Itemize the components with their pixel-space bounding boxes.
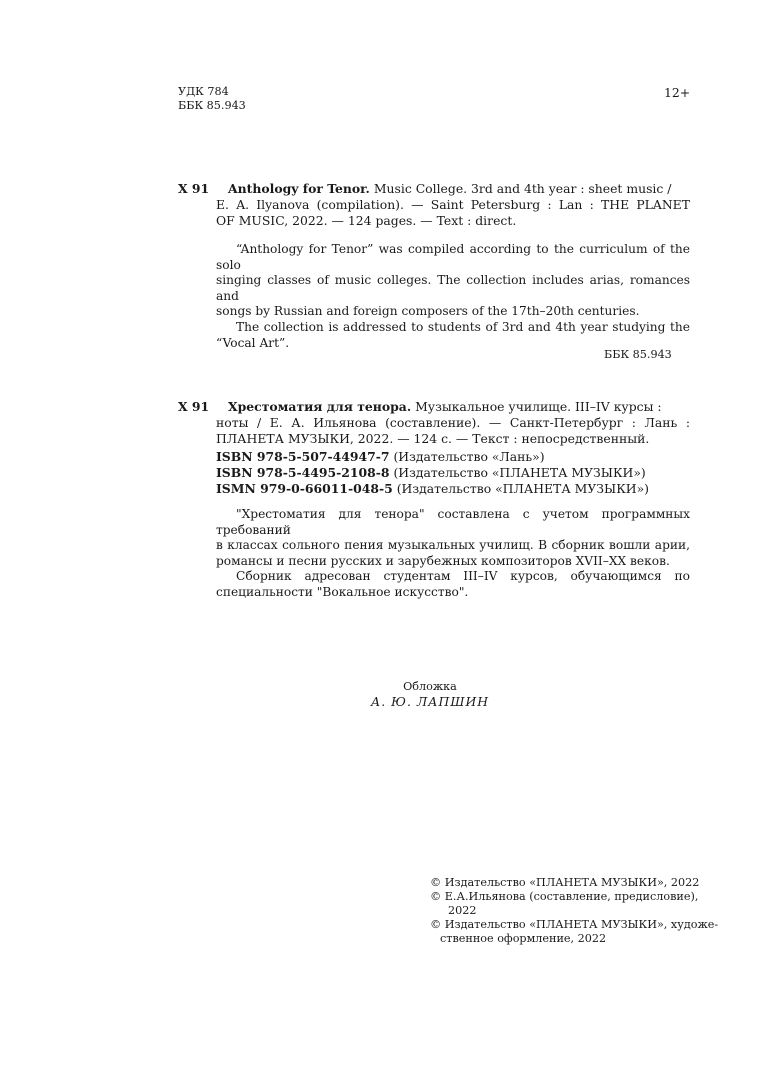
abstract-line: “Anthology for Tenor” was compiled accor… — [216, 242, 690, 273]
russian-entry-line2: ноты / Е. А. Ильянова (составление). — С… — [216, 415, 690, 431]
english-entry-line3: OF MUSIC, 2022. — 124 pages. — Text : di… — [216, 213, 516, 229]
russian-entry-title: Хрестоматия для тенора. — [228, 399, 411, 414]
udk-code: УДК 784 — [178, 85, 229, 99]
abstract-line: романсы и песни русских и зарубежных ком… — [216, 554, 690, 570]
english-entry-line2: E. A. Ilyanova (compilation). — Saint Pe… — [216, 197, 690, 213]
english-entry-title: Anthology for Tenor. — [228, 181, 370, 196]
bbk-code-right: ББК 85.943 — [604, 348, 672, 362]
isbn-lan: ISBN 978-5-507-44947-7 — [216, 449, 390, 464]
russian-entry-line3: ПЛАНЕТА МУЗЫКИ, 2022. — 124 с. — Текст :… — [216, 431, 649, 447]
english-entry-code: X 91 — [178, 181, 209, 197]
identifier-list: ISBN 978-5-507-44947-7 (Издательство «Ла… — [216, 449, 649, 497]
abstract-line: songs by Russian and foreign composers o… — [216, 304, 690, 320]
russian-entry-code: X 91 — [178, 399, 209, 415]
copyright-block: © Издательство «ПЛАНЕТА МУЗЫКИ», 2022 © … — [430, 876, 718, 946]
identifier-publisher: (Издательство «ПЛАНЕТА МУЗЫКИ») — [393, 465, 645, 480]
abstract-line: "Хрестоматия для тенора" составлена с уч… — [216, 507, 690, 538]
russian-entry-line1: Хрестоматия для тенора. Музыкальное учил… — [228, 399, 690, 415]
abstract-line: The collection is addressed to students … — [216, 320, 690, 336]
copyright-line: © Издательство «ПЛАНЕТА МУЗЫКИ», 2022 — [430, 876, 718, 890]
copyright-line: © Е.А.Ильянова (составление, предисловие… — [430, 890, 718, 904]
russian-abstract: "Хрестоматия для тенора" составлена с уч… — [216, 507, 690, 601]
abstract-line: в классах сольного пения музыкальных учи… — [216, 538, 690, 554]
copyright-line: ственное оформление, 2022 — [430, 932, 718, 946]
copyright-line: © Издательство «ПЛАНЕТА МУЗЫКИ», художе- — [430, 918, 718, 932]
abstract-line: Сборник адресован студентам III–IV курсо… — [216, 569, 690, 585]
abstract-line: singing classes of music colleges. The c… — [216, 273, 690, 304]
identifier-publisher: (Издательство «ПЛАНЕТА МУЗЫКИ») — [397, 481, 649, 496]
copyright-line: 2022 — [430, 904, 718, 918]
english-entry-line1: Anthology for Tenor. Music College. 3rd … — [228, 181, 690, 197]
identifier-row: ISBN 978-5-507-44947-7 (Издательство «Ла… — [216, 449, 649, 465]
russian-entry-line1-rest: Музыкальное училище. III–IV курсы : — [415, 399, 661, 414]
imprint-page: УДК 784 ББК 85.943 12+ X 91 Anthology fo… — [0, 0, 764, 1080]
english-entry-line1-rest: Music College. 3rd and 4th year : sheet … — [374, 181, 672, 196]
age-rating: 12+ — [664, 85, 690, 101]
isbn-planeta: ISBN 978-5-4495-2108-8 — [216, 465, 390, 480]
abstract-line: специальности "Вокальное искусство". — [216, 585, 690, 601]
english-abstract: “Anthology for Tenor” was compiled accor… — [216, 242, 690, 351]
cover-credit-name: А. Ю. ЛАПШИН — [340, 694, 520, 710]
ismn-planeta: ISMN 979-0-66011-048-5 — [216, 481, 393, 496]
identifier-publisher: (Издательство «Лань») — [393, 449, 544, 464]
identifier-row: ISMN 979-0-66011-048-5 (Издательство «ПЛ… — [216, 481, 649, 497]
bbk-code: ББК 85.943 — [178, 99, 246, 113]
cover-credit-label: Обложка — [340, 680, 520, 694]
identifier-row: ISBN 978-5-4495-2108-8 (Издательство «ПЛ… — [216, 465, 649, 481]
